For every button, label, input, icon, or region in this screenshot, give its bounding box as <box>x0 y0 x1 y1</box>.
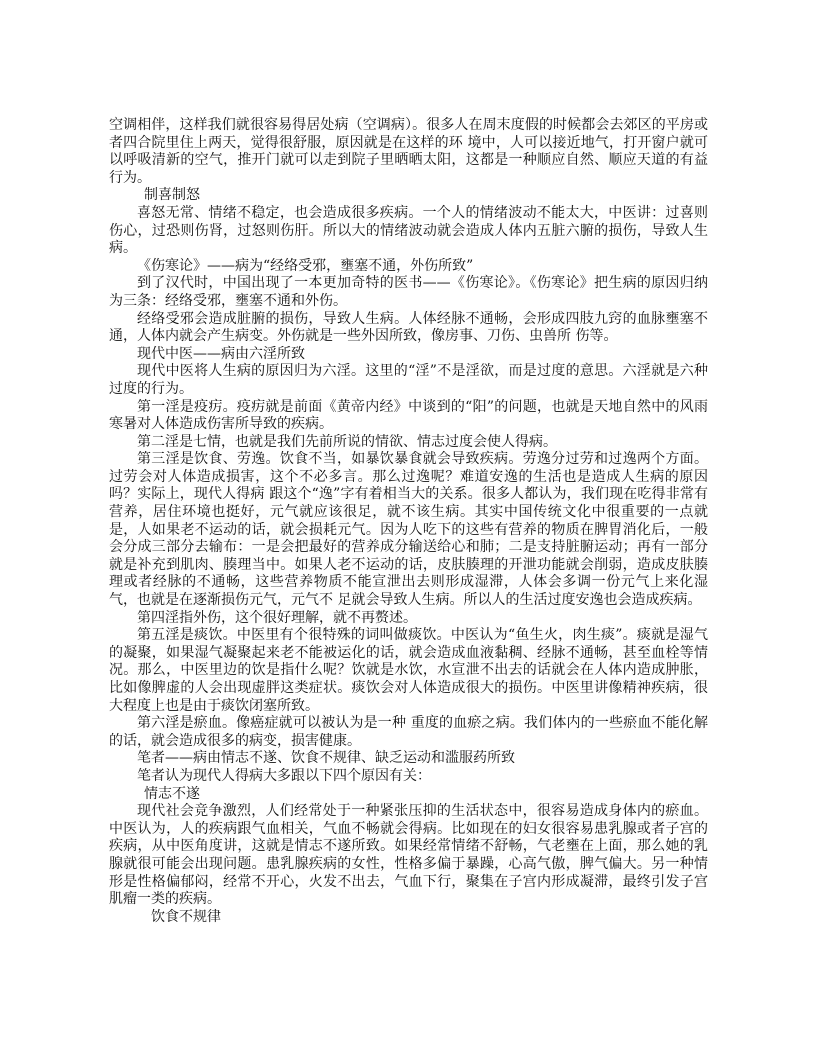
paragraph: 第五淫是痰饮。中医里有个很特殊的词叫做痰饮。中医认为“鱼生火，肉生痰”。痰就是湿… <box>109 627 708 715</box>
section-heading-author: 笔者——病由情志不遂、饮食不规律、缺乏运动和滥服药所致 <box>109 750 708 768</box>
paragraph: 第四淫指外伤，这个很好理解，就不再赘述。 <box>109 610 708 628</box>
paragraph: 第一淫是疫疠。疫疠就是前面《黄帝内经》中谈到的“阳”的问题，也就是天地自然中的风… <box>109 399 708 434</box>
paragraph: 第三淫是饮食、劳逸。饮食不当，如暴饮暴食就会导致疾病。劳逸分过劳和过逸两个方面。… <box>109 451 708 609</box>
section-heading-diet: 饮食不规律 <box>109 909 708 927</box>
paragraph: 第六淫是瘀血。像癌症就可以被认为是一种 重度的血瘀之病。我们体内的一些瘀血不能化… <box>109 715 708 750</box>
section-heading-emotion: 情志不遂 <box>109 786 708 804</box>
paragraph: 第二淫是七情，也就是我们先前所说的情欲、情志过度会使人得病。 <box>109 434 708 452</box>
section-heading-shanghanlun: 《伤寒论》——病为“经络受邪，壅塞不通，外伤所致” <box>109 258 708 276</box>
paragraph: 现代社会竞争激烈，人们经常处于一种紧张压抑的生活状态中，很容易造成身体内的瘀血。… <box>109 803 708 909</box>
section-heading-modern-tcm: 现代中医——病由六淫所致 <box>109 346 708 364</box>
document-page: 空调相伴，这样我们就很容易得居处病（空调病）。很多人在周末度假的时候都会去郊区的… <box>109 117 708 926</box>
paragraph: 经络受邪会造成脏腑的损伤，导致人生病。人体经脉不通畅，会形成四肢九窍的血脉壅塞不… <box>109 311 708 346</box>
paragraph: 笔者认为现代人得病大多跟以下四个原因有关： <box>109 768 708 786</box>
paragraph: 到了汉代时，中国出现了一本更加奇特的医书——《伤寒论》。《伤寒论》把生病的原因归… <box>109 275 708 310</box>
paragraph-continued: 空调相伴，这样我们就很容易得居处病（空调病）。很多人在周末度假的时候都会去郊区的… <box>109 117 708 187</box>
section-heading-anger: 制喜制怒 <box>109 187 708 205</box>
paragraph: 喜怒无常、情绪不稳定，也会造成很多疾病。一个人的情绪波动不能太大，中医讲：过喜则… <box>109 205 708 258</box>
paragraph: 现代中医将人生病的原因归为六淫。这里的“淫”不是淫欲，而是过度的意思。六淫就是六… <box>109 363 708 398</box>
